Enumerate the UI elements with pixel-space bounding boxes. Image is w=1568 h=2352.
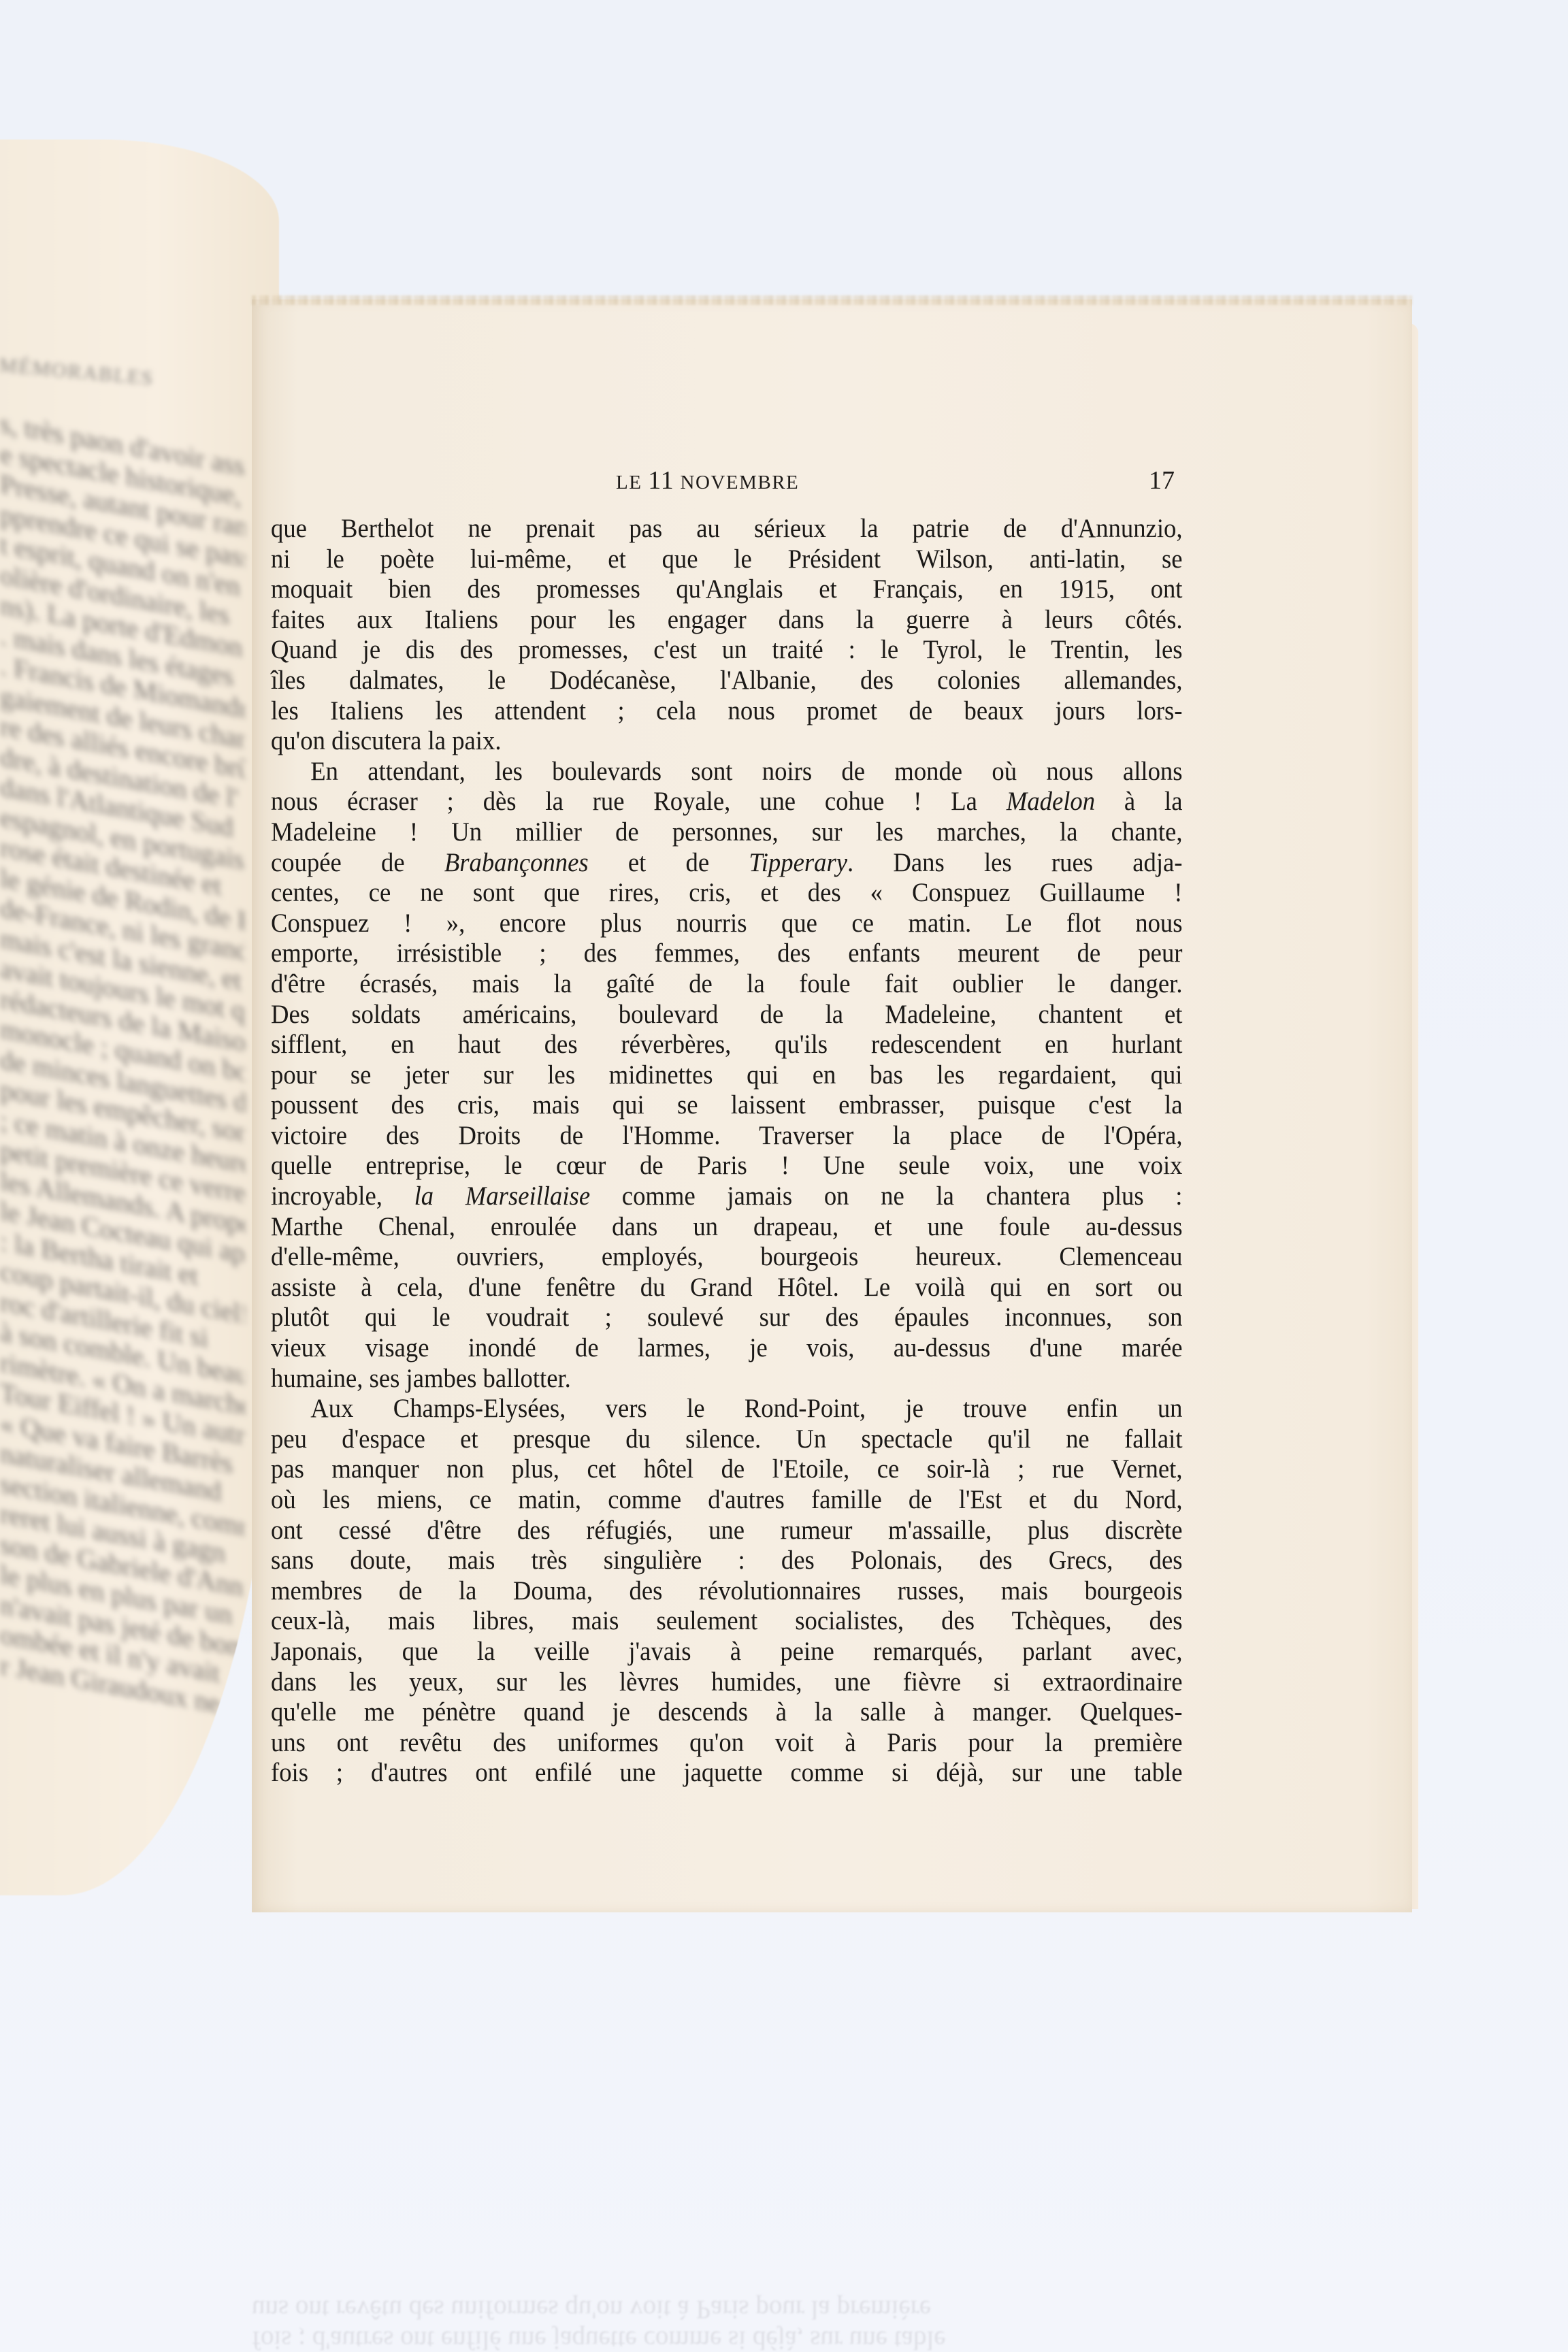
text-line: pour se jeter sur les midinettes qui en … (271, 1060, 1183, 1091)
text-line: vieux visage inondé de larmes, je vois, … (271, 1333, 1183, 1364)
text-line: incroyable, la Marseillaise comme jamais… (271, 1181, 1183, 1212)
left-running-head: MÉMORABLES (0, 354, 154, 391)
text-line: emporte, irrésistible ; des femmes, des … (271, 938, 1183, 969)
text-line: Aux Champs-Elysées, vers le Rond-Point, … (271, 1394, 1183, 1424)
text-line: Quand je dis des promesses, c'est un tra… (271, 635, 1183, 666)
body-text: que Berthelot ne prenait pas au sérieux … (271, 514, 1128, 1788)
text-line: faites aux Italiens pour les engager dan… (271, 605, 1183, 636)
text-line: où les miens, ce matin, comme d'autres f… (271, 1485, 1183, 1516)
text-line: moquait bien des promesses qu'Anglais et… (271, 574, 1183, 605)
text-line: plutôt qui le voudrait ; soulevé sur des… (271, 1303, 1183, 1333)
text-line: que Berthelot ne prenait pas au sérieux … (271, 514, 1183, 544)
text-line: Japonais, que la veille j'avais à peine … (271, 1637, 1183, 1667)
text-line: qu'on discutera la paix. (271, 726, 1183, 757)
text-line: dans les yeux, sur les lèvres humides, u… (271, 1667, 1183, 1698)
text-line: poussent des cris, mais qui se laissent … (271, 1090, 1183, 1121)
text-line: Des soldats américains, boulevard de la … (271, 1000, 1183, 1030)
running-title-number: 11 (648, 466, 674, 495)
running-title: LE 11 NOVEMBRE (616, 465, 799, 495)
page-reflection: fois ; d'autres ont enfilé une jaquette … (252, 2219, 1164, 2352)
text-line: nous écraser ; dès la rue Royale, une co… (271, 787, 1183, 817)
reflection-line: fois ; d'autres ont enfilé une jaquette … (252, 2324, 1164, 2352)
running-head: LE 11 NOVEMBRE 17 (252, 465, 1412, 500)
book-photo: MÉMORABLES s, très paon d'avoir asse spe… (0, 0, 1568, 2352)
text-line: sifflent, en haut des réverbères, qu'ils… (271, 1030, 1183, 1060)
text-line: Marthe Chenal, enroulée dans un drapeau,… (271, 1212, 1183, 1243)
text-line: ni le poète lui-même, et que le Présiden… (271, 544, 1183, 575)
text-line: pas manquer non plus, cet hôtel de l'Eto… (271, 1454, 1183, 1485)
text-line: peu d'espace et presque du silence. Un s… (271, 1424, 1183, 1455)
text-line: ont cessé d'être des réfugiés, une rumeu… (271, 1516, 1183, 1546)
text-line: qu'elle me pénètre quand je descends à l… (271, 1697, 1183, 1728)
text-line: assiste à cela, d'une fenêtre du Grand H… (271, 1273, 1183, 1303)
page-number: 17 (1149, 465, 1175, 495)
text-line: victoire des Droits de l'Homme. Traverse… (271, 1121, 1183, 1151)
text-line: membres de la Douma, des révolutionnaire… (271, 1576, 1183, 1607)
text-line: ceux-là, mais libres, mais seulement soc… (271, 1606, 1183, 1637)
text-line: Conspuez ! », encore plus nourris que ce… (271, 909, 1183, 939)
text-line: En attendant, les boulevards sont noirs … (271, 757, 1183, 787)
text-line: quelle entreprise, le cœur de Paris ! Un… (271, 1151, 1183, 1181)
text-line: sans doute, mais très singulière : des P… (271, 1546, 1183, 1576)
running-title-suffix: NOVEMBRE (674, 472, 799, 493)
right-page: LE 11 NOVEMBRE 17 que Berthelot ne prena… (252, 299, 1412, 1912)
text-line: humaine, ses jambes ballotter. (271, 1364, 1183, 1394)
left-page-text: s, très paon d'avoir asse spectacle hist… (0, 408, 245, 1723)
running-title-prefix: LE (616, 472, 648, 493)
text-line: les Italiens les attendent ; cela nous p… (271, 696, 1183, 727)
text-line: fois ; d'autres ont enfilé une jaquette … (271, 1758, 1183, 1788)
left-page: MÉMORABLES s, très paon d'avoir asse spe… (0, 140, 279, 1895)
reflection-line: uns ont revêtu des uniformes qu'on voit … (252, 2294, 1164, 2325)
text-line: îles dalmates, le Dodécanèse, l'Albanie,… (271, 666, 1183, 696)
text-line: d'être écrasés, mais la gaîté de la foul… (271, 969, 1183, 1000)
text-line: centes, ce ne sont que rires, cris, et d… (271, 878, 1183, 909)
text-line: coupée de Brabançonnes et de Tipperary. … (271, 848, 1183, 879)
text-line: Madeleine ! Un millier de personnes, sur… (271, 817, 1183, 848)
text-line: d'elle-même, ouvriers, employés, bourgeo… (271, 1242, 1183, 1273)
text-line: uns ont revêtu des uniformes qu'on voit … (271, 1728, 1183, 1759)
